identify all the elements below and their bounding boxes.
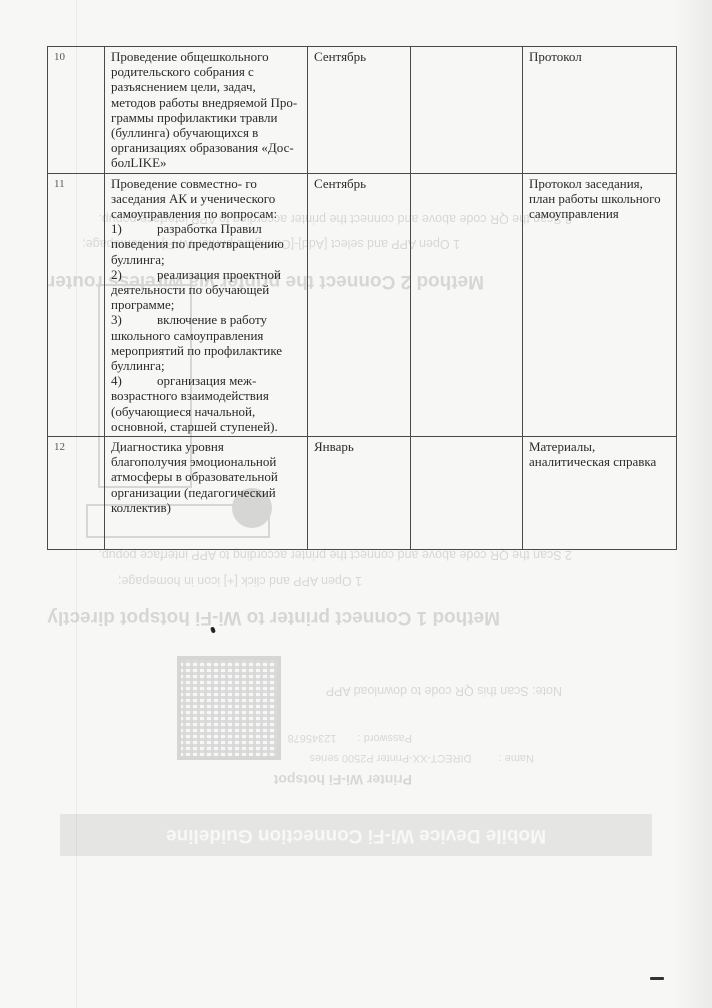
list-item-text: разработка Правил xyxy=(157,221,262,236)
table-row: 10 Проведение общешкольного родительског… xyxy=(48,47,677,174)
list-item-text-continued: деятельности по обучающей программе; xyxy=(111,282,302,312)
row-number: 11 xyxy=(48,173,105,436)
list-item-number: 4) xyxy=(111,373,157,388)
list-item-text-continued: школьного самоуправления мероприятий по … xyxy=(111,328,302,374)
row-number: 10 xyxy=(48,47,105,174)
bleed-hotspot-title: Printer Wi-Fi hotspot xyxy=(274,772,412,788)
bleed-qr-code xyxy=(177,656,281,760)
list-item-number: 1) xyxy=(111,221,157,236)
bleed-banner: Mobile Device Wi-Fi Connection Guideline xyxy=(60,814,652,856)
bleed-name-label: Name : xyxy=(499,752,534,764)
bleed-method1-heading: Method 1 Connect printer to Wi-Fi hotspo… xyxy=(47,606,500,628)
event-list-item: 2)реализация проектной деятельности по о… xyxy=(111,267,302,313)
list-item-text: реализация проектной xyxy=(157,267,281,282)
responsible-cell xyxy=(411,173,523,436)
event-list-item: 1)разработка Правил поведения по предотв… xyxy=(111,221,302,267)
bleed-password-value: 12345678 xyxy=(288,732,337,744)
list-item-text: организация меж- xyxy=(157,373,256,388)
event-list-item: 3)включение в работу школьного самоуправ… xyxy=(111,312,302,373)
scan-edge-shadow xyxy=(672,0,712,1008)
event-date: Сентябрь xyxy=(308,47,411,174)
event-description: Диагностика уровня благополучия эмоциона… xyxy=(105,437,308,550)
bleed-note: Note: Scan this QR code to download APP xyxy=(326,684,562,698)
row-number: 12 xyxy=(48,437,105,550)
result-form: Протокол заседания, план работы школьног… xyxy=(523,173,677,436)
scan-corner-mark xyxy=(650,977,664,980)
event-date: Сентябрь xyxy=(308,173,411,436)
bleed-method1-step1: 1 Open APP and click [+] icon in homepag… xyxy=(118,574,362,588)
list-item-number: 3) xyxy=(111,312,157,327)
scan-speck xyxy=(210,626,216,633)
bleed-password-label: Password : xyxy=(358,732,412,744)
result-form: Протокол xyxy=(523,47,677,174)
responsible-cell xyxy=(411,437,523,550)
event-intro: Проведение совместно- го заседания АК и … xyxy=(111,176,302,222)
activity-plan-table: 10 Проведение общешкольного родительског… xyxy=(47,46,677,550)
result-form: Материалы, аналитическая справка xyxy=(523,437,677,550)
list-item-number: 2) xyxy=(111,267,157,282)
event-description: Проведение общешкольного родительского с… xyxy=(105,47,308,174)
event-date: Январь xyxy=(308,437,411,550)
responsible-cell xyxy=(411,47,523,174)
event-description: Проведение совместно- го заседания АК и … xyxy=(105,173,308,436)
list-item-text-continued: поведения по предотвращению буллинга; xyxy=(111,236,302,266)
table-row: 11 Проведение совместно- го заседания АК… xyxy=(48,173,677,436)
bleed-name-value: DIRECT-XX-Printer P2500 series xyxy=(309,752,471,764)
list-item-text: включение в работу xyxy=(157,312,267,327)
bleed-method1-step2: 2 Scan the QR code above and connect the… xyxy=(98,548,572,562)
list-item-text-continued: возрастного взаимодействия (обучающиеся … xyxy=(111,388,302,434)
event-list-item: 4)организация меж- возрастного взаимодей… xyxy=(111,373,302,434)
table-row: 12 Диагностика уровня благополучия эмоци… xyxy=(48,437,677,550)
